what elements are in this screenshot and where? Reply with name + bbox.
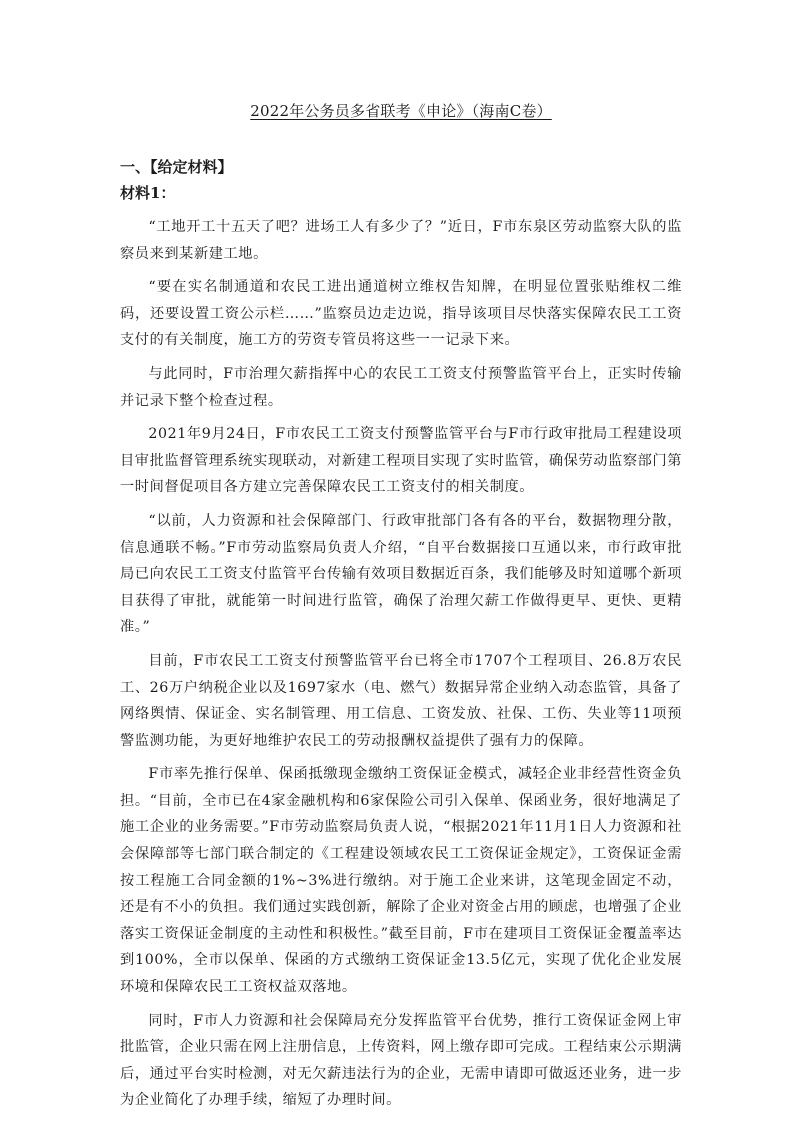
document-title: 2022年公务员多省联考《申论》（海南C卷） <box>120 100 682 122</box>
paragraph: “要在实名制通道和农民工进出通道树立维权告知牌，在明显位置张贴维权二维码，还要设… <box>120 274 682 354</box>
paragraph: 2021年9月24日，F市农民工工资支付预警监管平台与F市行政审批局工程建设项目… <box>120 421 682 501</box>
paragraph: 目前，F市农民工工资支付预警监管平台已将全市1707个工程项目、26.8万农民工… <box>120 648 682 754</box>
document-body: “工地开工十五天了吧？进场工人有多少了？”近日，F市东泉区劳动监察大队的监察员来… <box>120 214 682 1121</box>
document-title-text: 2022年公务员多省联考《申论》（海南C卷） <box>250 102 552 120</box>
paragraph: “以前，人力资源和社会保障部门、行政审批部门各有各的平台，数据物理分散，信息通联… <box>120 508 682 641</box>
material-label: 材料1： <box>120 182 175 204</box>
paragraph: F市率先推行保单、保函抵缴现金缴纳工资保证金模式，减轻企业非经营性资金负担。“目… <box>120 761 682 1000</box>
section-heading: 一、【给定材料】 <box>120 156 233 178</box>
paragraph: 与此同时，F市治理欠薪指挥中心的农民工工资支付预警监管平台上，正实时传输并记录下… <box>120 361 682 414</box>
paragraph: 同时，F市人力资源和社会保障局充分发挥监管平台优势，推行工资保证金网上审批监管，… <box>120 1008 682 1114</box>
paragraph: “工地开工十五天了吧？进场工人有多少了？”近日，F市东泉区劳动监察大队的监察员来… <box>120 214 682 267</box>
